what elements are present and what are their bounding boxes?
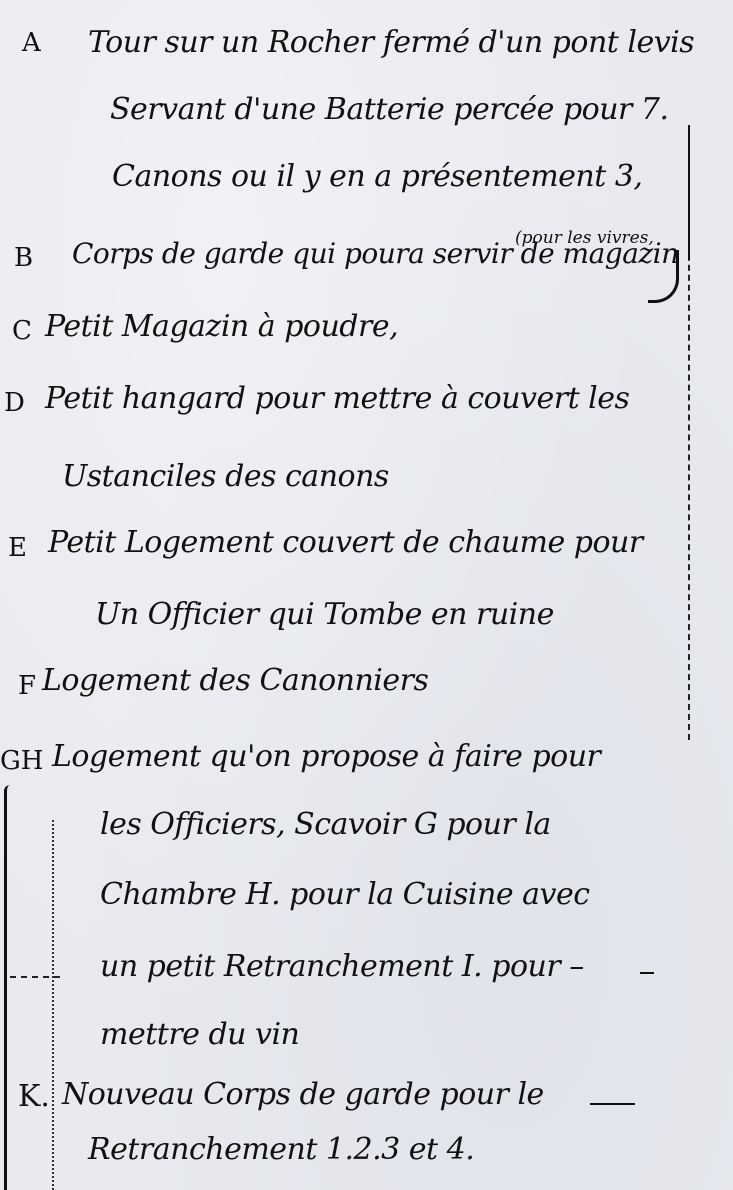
entry-key-c: C	[12, 318, 32, 344]
entry-d-line-1: Petit hangard pour mettre à couvert les	[45, 384, 629, 414]
line-filler-dash	[640, 972, 654, 974]
entry-gh-line-1: Logement qu'on propose à faire pour	[52, 742, 600, 772]
entry-k-line-2: Retranchement 1.2.3 et 4.	[88, 1135, 474, 1165]
right-margin-solid-rule	[688, 125, 690, 260]
entry-key-k: K.	[18, 1082, 50, 1112]
left-margin-tick	[10, 976, 60, 978]
entry-k-line-1: Nouveau Corps de garde pour le	[62, 1080, 544, 1110]
entry-key-d: D	[4, 390, 25, 416]
entry-key-f: F	[18, 673, 36, 699]
entry-key-a: A	[22, 30, 41, 56]
entry-key-e: E	[8, 535, 27, 561]
entry-a-line-1: Tour sur un Rocher fermé d'un pont levis	[88, 28, 694, 58]
entry-a-line-3: Canons ou il y en a présentement 3,	[112, 162, 642, 192]
entry-d-line-2: Ustanciles des canons	[62, 462, 389, 492]
entry-gh-line-4: un petit Retranchement I. pour –	[100, 952, 584, 982]
left-margin-dotted-rule	[52, 820, 54, 1190]
entry-gh-line-2: les Officiers, Scavoir G pour la	[100, 810, 551, 840]
entry-key-gh: GH	[0, 748, 43, 774]
entry-a-line-2: Servant d'une Batterie percée pour 7.	[110, 95, 669, 125]
entry-f-line-1: Logement des Canonniers	[42, 666, 428, 696]
entry-gh-line-5: mettre du vin	[100, 1020, 299, 1050]
entry-e-line-1: Petit Logement couvert de chaume pour	[48, 528, 643, 558]
entry-b-line-1: Corps de garde qui poura servir de magaz…	[72, 240, 679, 268]
manuscript-page: A Tour sur un Rocher fermé d'un pont lev…	[0, 0, 733, 1190]
entry-gh-line-3: Chambre H. pour la Cuisine avec	[100, 880, 590, 910]
left-margin-bracket-rule	[4, 785, 17, 1190]
line-filler-dash	[590, 1103, 635, 1105]
entry-e-line-2: Un Officier qui Tombe en ruine	[95, 600, 554, 630]
entry-c-line-1: Petit Magazin à poudre,	[45, 312, 398, 342]
entry-key-b: B	[14, 245, 33, 271]
